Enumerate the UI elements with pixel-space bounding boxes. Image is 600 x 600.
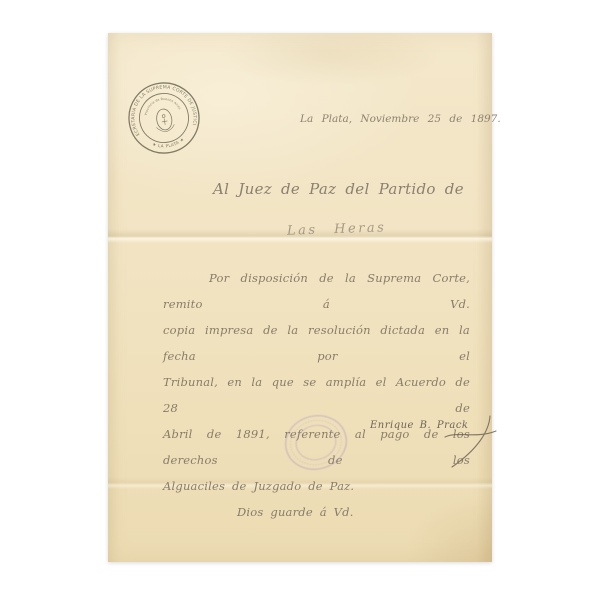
letter-paper: SECRETARIA DE LA SUPREMA CORTE DE JUSTIC… (108, 33, 492, 562)
supreme-court-seal-icon: SECRETARIA DE LA SUPREMA CORTE DE JUSTIC… (121, 75, 207, 161)
dateline: La Plata, Noviembre 25 de 1897. (300, 113, 476, 125)
seal-laurel-icon (157, 124, 176, 133)
letter-body: Por disposición de la Suprema Corte, rem… (163, 265, 470, 525)
body-line: Alguaciles de Juzgado de Paz. (163, 473, 470, 499)
body-line: copia impresa de la resolución dictada e… (163, 317, 470, 369)
signature-flourish-icon (444, 415, 498, 471)
addressee-handwriting: Las Heras (287, 220, 387, 238)
seal-inner-text: Provincia de Buenos Aires (141, 94, 182, 117)
scanned-letter-page: SECRETARIA DE LA SUPREMA CORTE DE JUSTIC… (0, 0, 600, 600)
seal-top-text: SECRETARIA DE LA SUPREMA CORTE DE JUSTIC… (121, 75, 199, 138)
closing-formula: Dios guarde á Vd. (163, 499, 470, 525)
court-seal-svg: SECRETARIA DE LA SUPREMA CORTE DE JUSTIC… (121, 75, 207, 161)
salutation: Al Juez de Paz del Partido de (213, 180, 464, 198)
body-line: Por disposición de la Suprema Corte, rem… (163, 265, 470, 317)
